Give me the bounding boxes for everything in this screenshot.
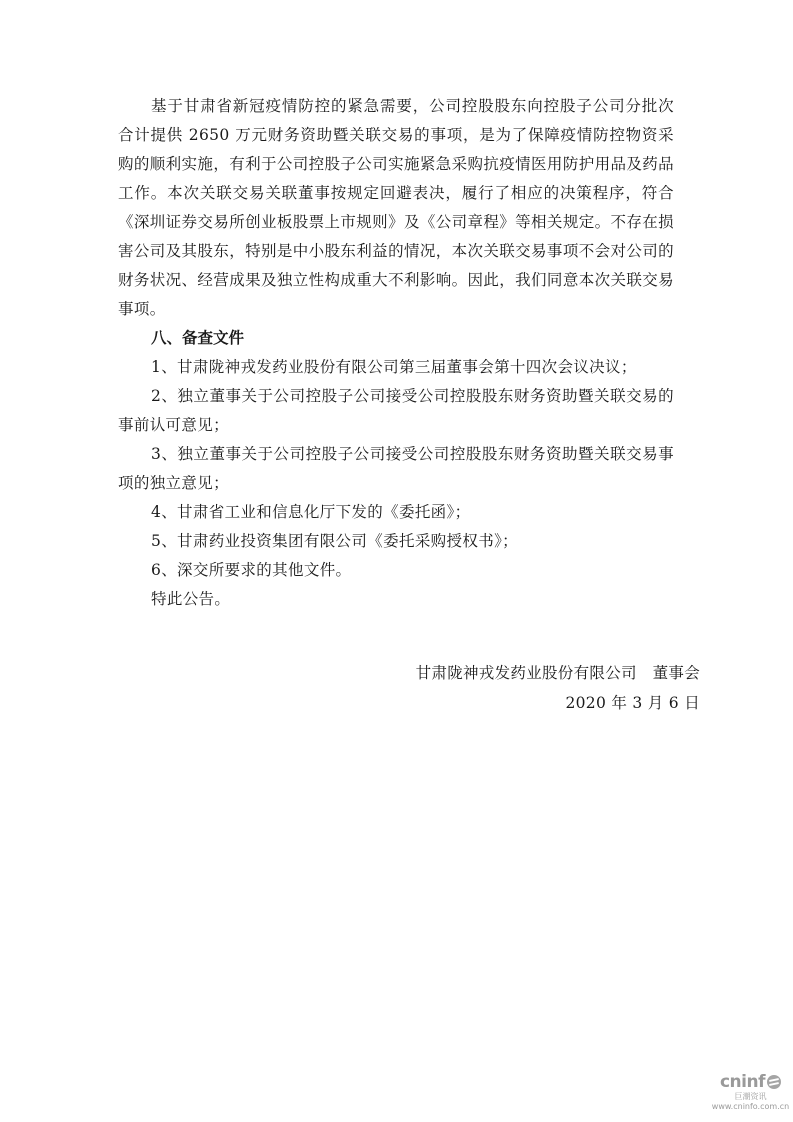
reference-item-2: 2、独立董事关于公司控股子公司接受公司控股股东财务资助暨关联交易的事前认可意见； [118, 382, 674, 440]
signature-company: 甘肃陇神戎发药业股份有限公司 董事会 [416, 659, 700, 688]
reference-list: 1、甘肃陇神戎发药业股份有限公司第三届董事会第十四次会议决议； 2、独立董事关于… [118, 353, 674, 585]
cninfo-swirl-icon [767, 1075, 781, 1089]
document-body: 基于甘肃省新冠疫情防控的紧急需要，公司控股股东向控股子公司分批次合计提供 265… [118, 92, 674, 614]
closing-statement: 特此公告。 [118, 585, 674, 614]
reference-item-4: 4、甘肃省工业和信息化厅下发的《委托函》； [118, 498, 674, 527]
body-paragraph: 基于甘肃省新冠疫情防控的紧急需要，公司控股股东向控股子公司分批次合计提供 265… [118, 92, 674, 324]
reference-item-6: 6、深交所要求的其他文件。 [118, 556, 674, 585]
cninfo-logo-text: cninf [720, 1072, 765, 1092]
cninfo-logo: cninf [720, 1072, 781, 1092]
cninfo-chinese-name: 巨潮资讯 [708, 1092, 793, 1102]
cninfo-url: www.cninfo.com.cn [708, 1102, 793, 1112]
section-heading: 八、备查文件 [118, 324, 674, 353]
reference-item-1: 1、甘肃陇神戎发药业股份有限公司第三届董事会第十四次会议决议； [118, 353, 674, 382]
reference-item-5: 5、甘肃药业投资集团有限公司《委托采购授权书》； [118, 527, 674, 556]
reference-item-3: 3、独立董事关于公司控股子公司接受公司控股股东财务资助暨关联交易事项的独立意见； [118, 440, 674, 498]
signature-date: 2020 年 3 月 6 日 [565, 689, 700, 718]
cninfo-watermark: cninf 巨潮资讯 www.cninfo.com.cn [708, 1072, 793, 1112]
